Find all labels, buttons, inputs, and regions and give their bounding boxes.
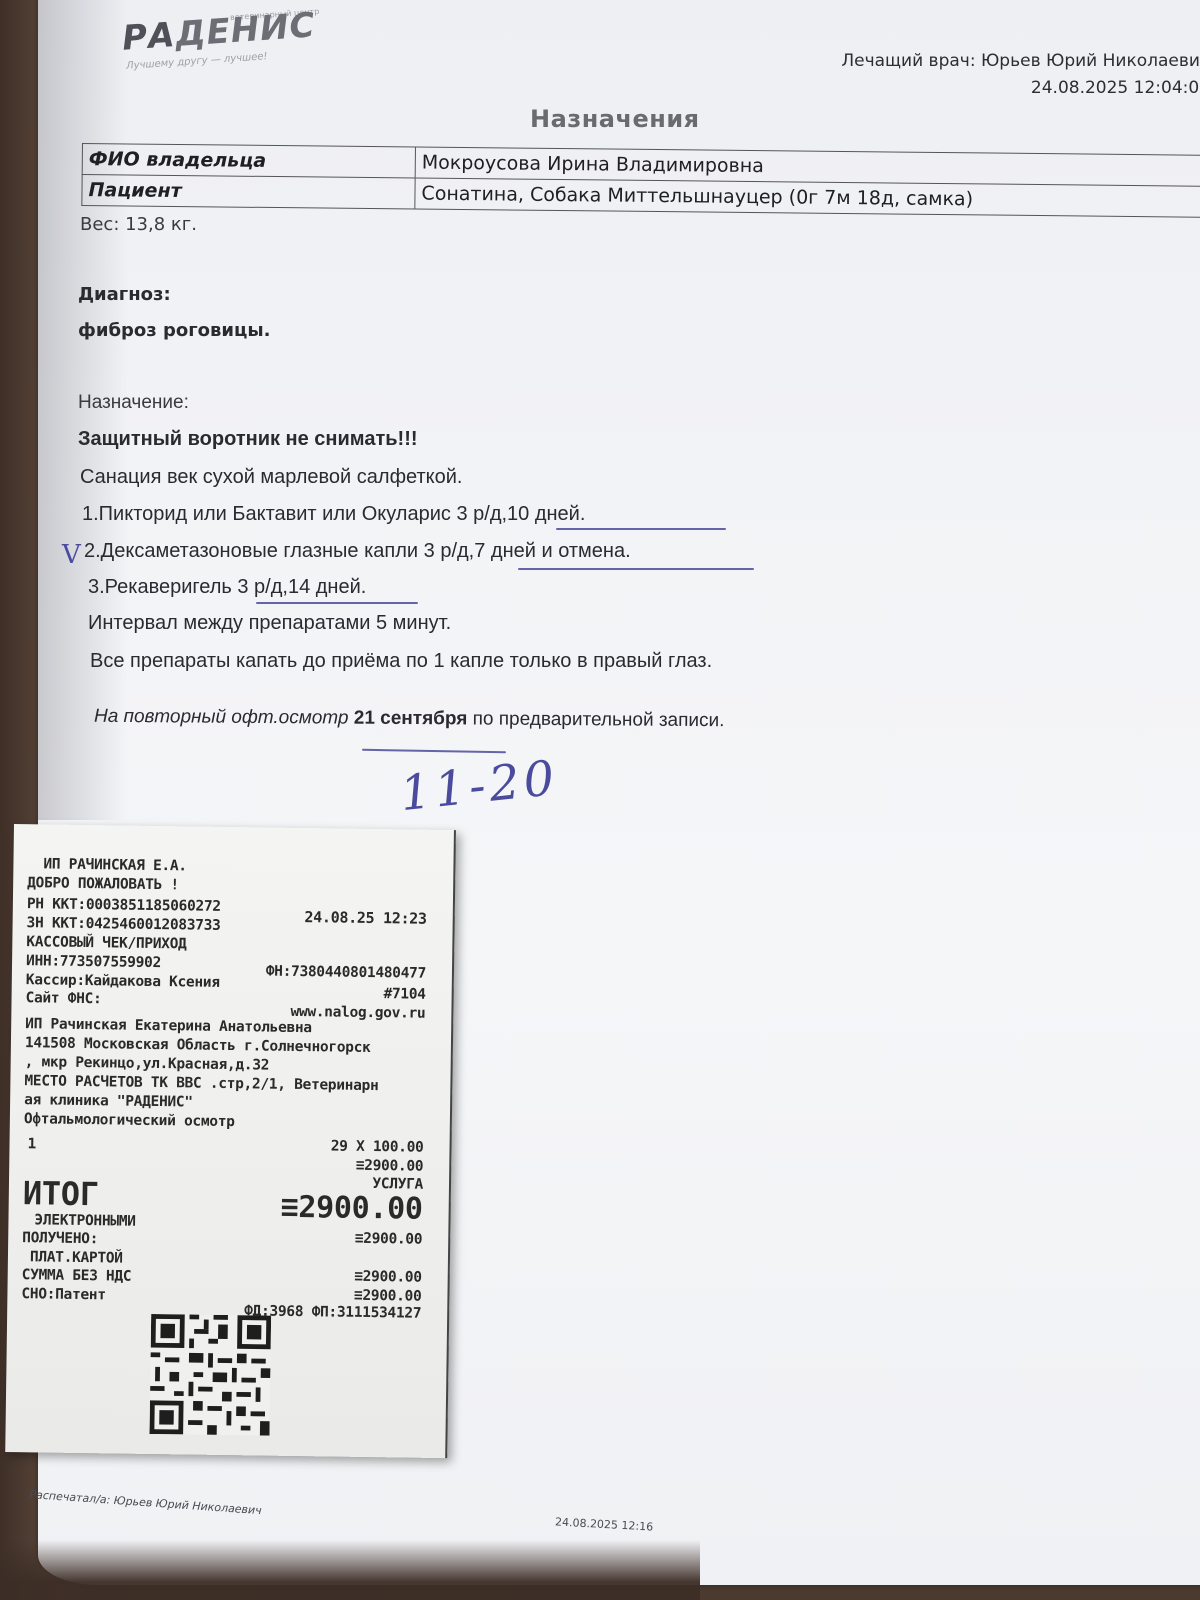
owner-label: ФИО владельца	[82, 144, 415, 178]
patient-label: Пациент	[82, 175, 415, 209]
receipt-item-sum: ≡2900.00	[356, 1158, 424, 1175]
patient-info-table: ФИО владельца Мокроусова Ирина Владимиро…	[81, 143, 1200, 218]
receipt-no-vat-value: ≡2900.00	[354, 1288, 422, 1305]
receipt-seller: ИП Рачинская Екатерина Анатольевна	[25, 1016, 312, 1036]
receipt-welcome: ДОБРО ПОЖАЛОВАТЬ !	[27, 875, 179, 893]
pen-check-mark: V	[62, 540, 81, 570]
receipt-inn: ИНН:773507559902	[26, 953, 161, 971]
receipt-cashier: Кассир:Кайдакова Ксения	[26, 972, 220, 991]
receipt-item-index: 1	[27, 1136, 36, 1152]
prescription-line: Все препараты капать до приёма по 1 капл…	[90, 650, 712, 673]
receipt-tax-system: СНО:Патент	[21, 1286, 106, 1303]
receipt-item-name: Офтальмологический осмотр	[24, 1111, 235, 1130]
receipt-address-1: 141508 Московская Область г.Солнечногорс…	[25, 1035, 371, 1056]
receipt-place-2: ая клиника "РАДЕНИС"	[24, 1092, 193, 1110]
receipt-item-qty-price: 29 X 100.00	[331, 1138, 424, 1155]
prescription-line: Интервал между препаратами 5 минут.	[88, 612, 451, 635]
receipt-rn-kkt: РН ККТ:0003851185060272	[27, 896, 221, 915]
prescription-line: 1.Пикторид или Бактавит или Окуларис 3 р…	[82, 503, 585, 526]
diagnosis-label: Диагноз:	[78, 284, 171, 305]
qr-code-icon[interactable]	[149, 1314, 271, 1436]
logo-brand: РАДЕНИС	[121, 5, 317, 58]
prescription-line: Санация век сухой марлевой салфеткой.	[80, 466, 462, 489]
table-edge	[0, 1540, 700, 1600]
document-datetime: 24.08.2025 12:04:00	[841, 75, 1200, 102]
pen-underline	[556, 528, 726, 530]
pen-underline	[518, 568, 754, 570]
receipt-fns-label: Сайт ФНС:	[25, 990, 101, 1007]
prescription-line: 2.Дексаметазоновые глазные капли 3 р/д,7…	[84, 540, 631, 563]
cash-receipt: ИП РАЧИНСКАЯ Е.А. ДОБРО ПОЖАЛОВАТЬ ! РН …	[5, 824, 456, 1458]
attending-doctor: Лечащий врач: Юрьев Юрий Николаевич	[841, 48, 1200, 75]
diagnosis-value: фиброз роговицы.	[78, 320, 271, 341]
receipt-place-1: МЕСТО РАСЧЕТОВ ТК ВВС .стр,2/1, Ветерина…	[24, 1073, 378, 1094]
followup-date: 21 сентября	[354, 708, 468, 730]
receipt-address-2: , мкр Рекинцо,ул.Красная,д.32	[25, 1054, 270, 1073]
receipt-zn-kkt: ЗН ККТ:0425460012083733	[27, 915, 221, 934]
receipt-electronic-label: ЭЛЕКТРОННЫМИ	[34, 1212, 135, 1229]
receipt-org: ИП РАЧИНСКАЯ Е.А.	[43, 856, 187, 874]
patient-weight: Вес: 13,8 кг.	[80, 214, 197, 235]
receipt-electronic-value: ≡2900.00	[355, 1231, 423, 1248]
collar-warning: Защитный воротник не снимать!!!	[78, 428, 418, 451]
prescription-line: 3.Рекаверигель 3 р/д,14 дней.	[88, 576, 366, 599]
receipt-shift-no: #7104	[383, 986, 425, 1003]
receipt-check-type: КАССОВЫЙ ЧЕК/ПРИХОД	[26, 934, 186, 952]
clinic-logo: ветеринарный центр РАДЕНИС Лучшему другу…	[122, 12, 316, 52]
receipt-card-label: ПЛАТ.КАРТОЙ	[30, 1249, 123, 1266]
receipt-total-label: ИТОГ	[23, 1174, 99, 1213]
receipt-fns-site: www.nalog.gov.ru	[290, 1004, 425, 1022]
receipt-no-vat-label: СУММА БЕЗ НДС	[22, 1267, 132, 1285]
doctor-header: Лечащий врач: Юрьев Юрий Николаевич 24.0…	[841, 48, 1200, 102]
receipt-total-value: ≡2900.00	[280, 1190, 423, 1227]
receipt-card-value: ≡2900.00	[354, 1269, 422, 1286]
receipt-datetime: 24.08.25 12:23	[304, 908, 426, 928]
receipt-fn: ФН:7380440801480477	[266, 964, 426, 982]
pen-underline	[256, 602, 418, 604]
page-title: Назначения	[530, 105, 700, 133]
prescription-label: Назначение:	[78, 392, 189, 414]
followup-note: На повторный офт.осмотр 21 сентября по п…	[94, 706, 725, 732]
receipt-received-label: ПОЛУЧЕНО:	[22, 1230, 98, 1247]
